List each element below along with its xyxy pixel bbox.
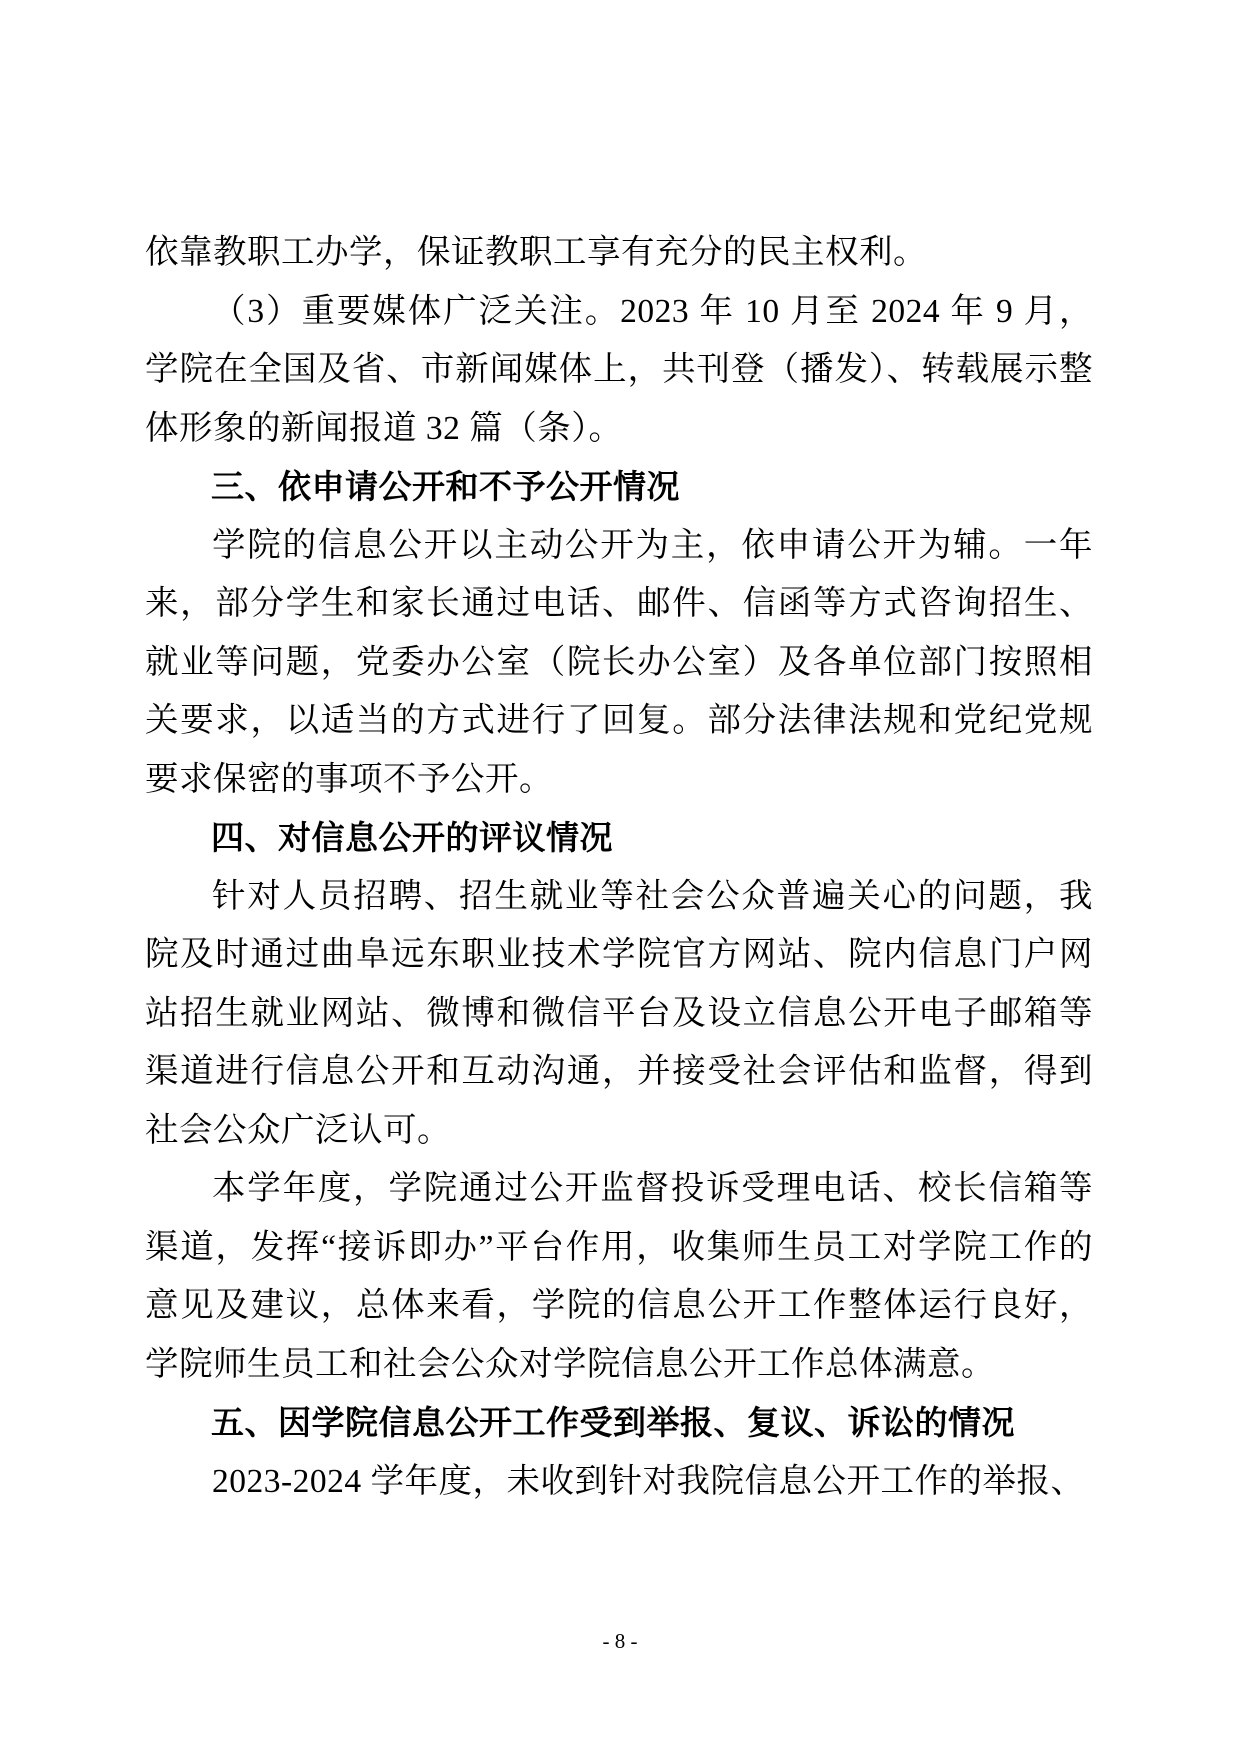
paragraph-feedback-channels: 本学年度，学院通过公开监督投诉受理电话、校长信箱等渠道，发挥“接诉即办”平台作用… (145, 1160, 1093, 1394)
heading-section-4: 四、对信息公开的评议情况 (145, 809, 1093, 868)
paragraph-public-evaluation: 针对人员招聘、招生就业等社会公众普遍关心的问题，我院及时通过曲阜远东职业技术学院… (145, 868, 1093, 1161)
heading-section-3: 三、依申请公开和不予公开情况 (145, 458, 1093, 517)
paragraph-disclosure-by-request: 学院的信息公开以主动公开为主，依申请公开为辅。一年来，部分学生和家长通过电话、邮… (145, 517, 1093, 810)
paragraph-media-coverage: （3）重要媒体广泛关注。2023 年 10 月至 2024 年 9 月，学院在全… (145, 283, 1093, 459)
document-page: 依靠教职工办学，保证教职工享有充分的民主权利。 （3）重要媒体广泛关注。2023… (0, 0, 1240, 1753)
paragraph-continuation: 依靠教职工办学，保证教职工享有充分的民主权利。 (145, 224, 1093, 283)
paragraph-reports-status: 2023-2024 学年度，未收到针对我院信息公开工作的举报、 (145, 1453, 1093, 1512)
page-number: - 8 - (0, 1628, 1240, 1654)
heading-section-5: 五、因学院信息公开工作受到举报、复议、诉讼的情况 (145, 1394, 1093, 1453)
document-body: 依靠教职工办学，保证教职工享有充分的民主权利。 （3）重要媒体广泛关注。2023… (145, 224, 1093, 1511)
